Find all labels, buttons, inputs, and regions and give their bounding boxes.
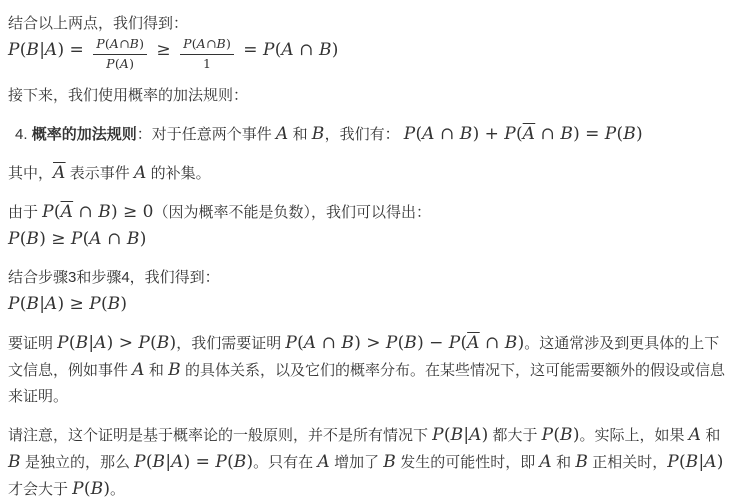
- math-segment: P(B|A) = P(B): [134, 452, 253, 472]
- math-segment: B: [312, 124, 325, 144]
- para-final-note: 请注意，这个证明是基于概率论的一般原则，并不是所有情况下 P(B|A) 都大于 …: [8, 422, 729, 501]
- text-segment: 和: [552, 454, 575, 471]
- para-combine-two-points: 结合以上两点，我们得到：P(B|A) = P(A∩B)P(A) ≥ P(A∩B)…: [8, 11, 729, 71]
- bold-text-segment: 概率的加法规则: [32, 126, 137, 143]
- text-segment: 。实际上，如果: [579, 427, 688, 444]
- fraction-denominator: 1: [180, 55, 234, 71]
- text-segment: 。: [110, 481, 125, 498]
- math-segment: B: [575, 452, 588, 472]
- math-segment: P(B|A): [667, 452, 723, 472]
- text-segment: 和: [701, 427, 720, 444]
- math-segment: P(B|A) =: [8, 40, 89, 60]
- text-segment: 和: [145, 362, 168, 379]
- text-segment: 正相关时，: [588, 454, 667, 471]
- text-segment: ：对于任意两个事件: [137, 126, 276, 143]
- fraction: P(A∩B)1: [180, 37, 234, 71]
- text-segment: 的补集。: [147, 165, 211, 182]
- math-segment: P(B) ≥ P(A ∩ B): [8, 229, 146, 249]
- text-segment: 结合步骤3和步骤4，我们得到：: [8, 269, 220, 286]
- para-combine-steps-3-4: 结合步骤3和步骤4，我们得到：P(B|A) ≥ P(B): [8, 265, 729, 318]
- fraction-denominator: P(A): [93, 55, 147, 71]
- math-segment: P(B|A): [432, 425, 488, 445]
- math-segment: A: [276, 124, 289, 144]
- math-segment: A: [134, 163, 147, 183]
- fraction: P(A∩B)P(A): [93, 37, 147, 71]
- text-segment: 结合以上两点，我们得到：: [8, 15, 188, 32]
- text-segment: 要证明: [8, 335, 57, 352]
- math-segment: P(B): [542, 425, 580, 445]
- math-segment: A: [539, 452, 552, 472]
- text-segment: 发生的可能性时，即: [396, 454, 539, 471]
- text-segment: 是独立的，那么: [21, 454, 134, 471]
- blocks-container: 结合以上两点，我们得到：P(B|A) = P(A∩B)P(A) ≥ P(A∩B)…: [8, 11, 729, 501]
- text-segment: 其中，: [8, 165, 53, 182]
- text-segment: 增加了: [330, 454, 383, 471]
- para-complement-definition: 其中，A 表示事件 A 的补集。: [8, 160, 729, 187]
- para-nonnegative-probability: 由于 P(A ∩ B) ≥ 0（因为概率不能是负数），我们可以得出：P(B) ≥…: [8, 199, 729, 253]
- text-segment: 接下来，我们使用概率的加法规则：: [8, 87, 248, 104]
- math-segment: P(B|A) > P(B): [57, 333, 176, 353]
- text-segment: 和: [288, 126, 311, 143]
- math-segment: A: [689, 425, 702, 445]
- math-segment: P(A ∩ B) ≥ 0: [42, 202, 153, 222]
- text-segment: 请注意，这个证明是基于概率论的一般原则，并不是所有情况下: [8, 427, 432, 444]
- text-segment: ，我们有：: [325, 126, 404, 143]
- math-segment: ≥: [151, 40, 176, 60]
- math-segment: P(B|A) ≥ P(B): [8, 294, 127, 314]
- math-segment: B: [168, 360, 181, 380]
- math-segment: A: [132, 360, 145, 380]
- text-segment: ，我们需要证明: [176, 335, 285, 352]
- text-segment: 才会大于: [8, 481, 72, 498]
- text-segment: 都大于: [488, 427, 541, 444]
- math-segment: B: [383, 452, 396, 472]
- math-segment: = P(A ∩ B): [238, 40, 339, 60]
- para-next-addition-rule: 接下来，我们使用概率的加法规则：: [8, 83, 729, 109]
- text-segment: 由于: [8, 204, 42, 221]
- fraction-numerator: P(A∩B): [180, 37, 234, 54]
- text-segment: 4.: [15, 126, 32, 143]
- math-segment: P(A ∩ B) > P(B) − P(A ∩ B): [285, 333, 524, 353]
- fraction-numerator: P(A∩B): [93, 37, 147, 54]
- list-item-addition-rule: 4. 概率的加法规则：对于任意两个事件 A 和 B，我们有： P(A ∩ B) …: [8, 121, 729, 148]
- text-segment: 表示事件: [66, 165, 134, 182]
- text-segment: （因为概率不能是负数），我们可以得出：: [154, 204, 432, 221]
- math-segment: A: [317, 452, 330, 472]
- math-segment: P(B): [72, 479, 110, 499]
- document-body: 结合以上两点，我们得到：P(B|A) = P(A∩B)P(A) ≥ P(A∩B)…: [0, 0, 737, 501]
- math-segment: B: [8, 452, 21, 472]
- math-segment: A: [53, 163, 66, 183]
- text-segment: 。只有在: [253, 454, 317, 471]
- math-segment: P(A ∩ B) + P(A ∩ B) = P(B): [404, 124, 643, 144]
- para-strict-inequality-discussion: 要证明 P(B|A) > P(B)，我们需要证明 P(A ∩ B) > P(B)…: [8, 330, 729, 410]
